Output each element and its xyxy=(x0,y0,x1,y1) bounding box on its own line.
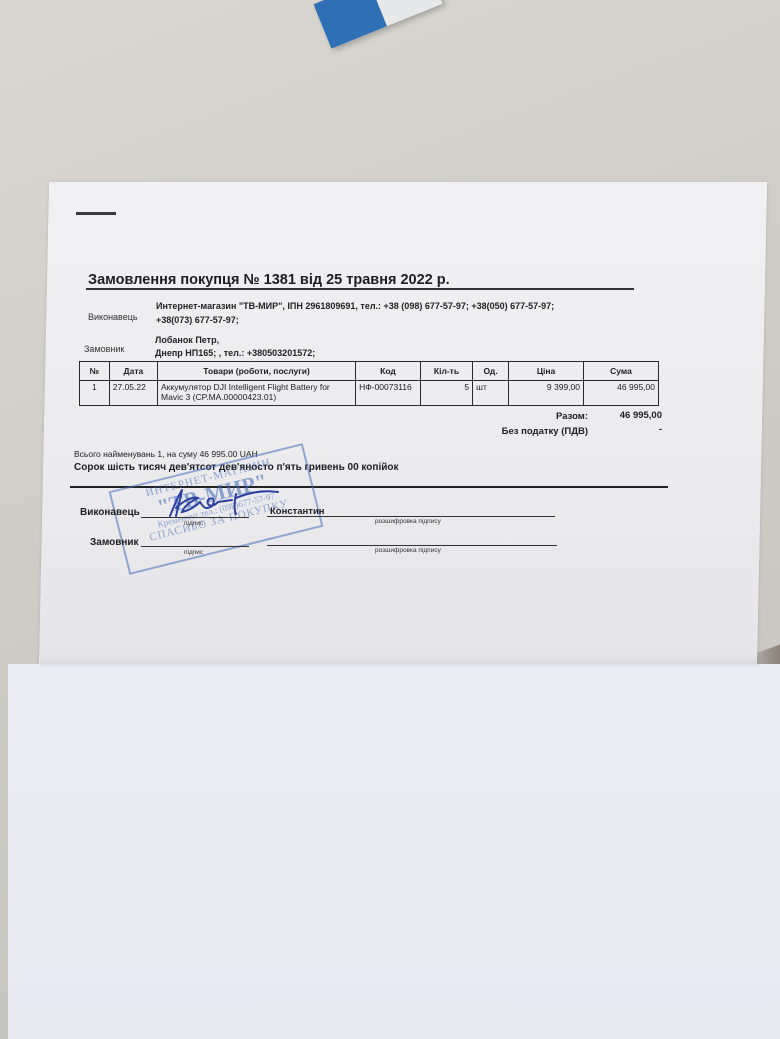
col-header-qty: Кіл-ть xyxy=(420,362,472,381)
col-header-no: № xyxy=(80,362,110,381)
seller-decode-caption: розшифровка підпису xyxy=(375,518,441,525)
cell-qty: 5 xyxy=(420,381,472,406)
cell-unit: шт xyxy=(473,381,509,406)
table-row: 1 27.05.22 Аккумулятор DJI Intelligent F… xyxy=(80,381,659,406)
cell-code: НФ-00073116 xyxy=(356,381,421,406)
cell-price: 9 399,00 xyxy=(509,381,584,406)
buyer-signature-line xyxy=(141,546,249,547)
cell-date: 27.05.22 xyxy=(109,381,157,406)
purchase-order-document: Замовлення покупця № 1381 від 25 травня … xyxy=(0,0,780,700)
cell-sum: 46 995,00 xyxy=(584,381,659,406)
seller-details-line1: Интернет-магазин "ТВ-МИР", ІПН 296180969… xyxy=(156,299,554,313)
document-title: Замовлення покупця № 1381 від 25 травня … xyxy=(88,272,450,288)
total-value: 46 995,00 xyxy=(596,410,662,421)
col-header-price: Ціна xyxy=(509,362,584,381)
paper-sheet-bottom-half xyxy=(8,664,780,1039)
seller-details-line2: +38(073) 677-57-97; xyxy=(156,313,239,327)
buyer-name: Лобанок Петр, xyxy=(155,333,219,347)
table-header-row: № Дата Товари (роботи, послуги) Код Кіл-… xyxy=(80,362,659,381)
vat-value: - xyxy=(596,424,662,435)
buyer-decode-line xyxy=(267,545,557,546)
buyer-address-phone: Днепр НП165; , тел.: +380503201572; xyxy=(155,346,315,360)
col-header-goods: Товари (роботи, послуги) xyxy=(158,362,356,381)
cell-item: Аккумулятор DJI Intelligent Flight Batte… xyxy=(158,381,356,406)
buyer-sign-caption: підпис xyxy=(184,549,203,556)
items-table: № Дата Товари (роботи, послуги) Код Кіл-… xyxy=(79,361,659,406)
title-underline xyxy=(86,288,634,290)
col-header-sum: Сума xyxy=(584,362,659,381)
seller-signature-label: Виконавець xyxy=(80,507,140,518)
total-label: Разом: xyxy=(520,411,588,422)
items-count-summary: Всього найменувань 1, на суму 46 995.00 … xyxy=(74,449,258,459)
handwritten-signature xyxy=(160,486,290,522)
buyer-label: Замовник xyxy=(84,344,124,354)
col-header-code: Код xyxy=(356,362,421,381)
buyer-signature-label: Замовник xyxy=(90,537,139,548)
buyer-decode-caption: розшифровка підпису xyxy=(375,547,441,554)
seller-label: Виконавець xyxy=(88,312,138,322)
seller-decode-line xyxy=(267,516,555,517)
col-header-date: Дата xyxy=(109,362,157,381)
col-header-unit: Од. xyxy=(473,362,509,381)
corner-mark xyxy=(76,212,116,215)
cell-no: 1 xyxy=(80,381,110,406)
vat-label: Без податку (ПДВ) xyxy=(470,426,588,437)
